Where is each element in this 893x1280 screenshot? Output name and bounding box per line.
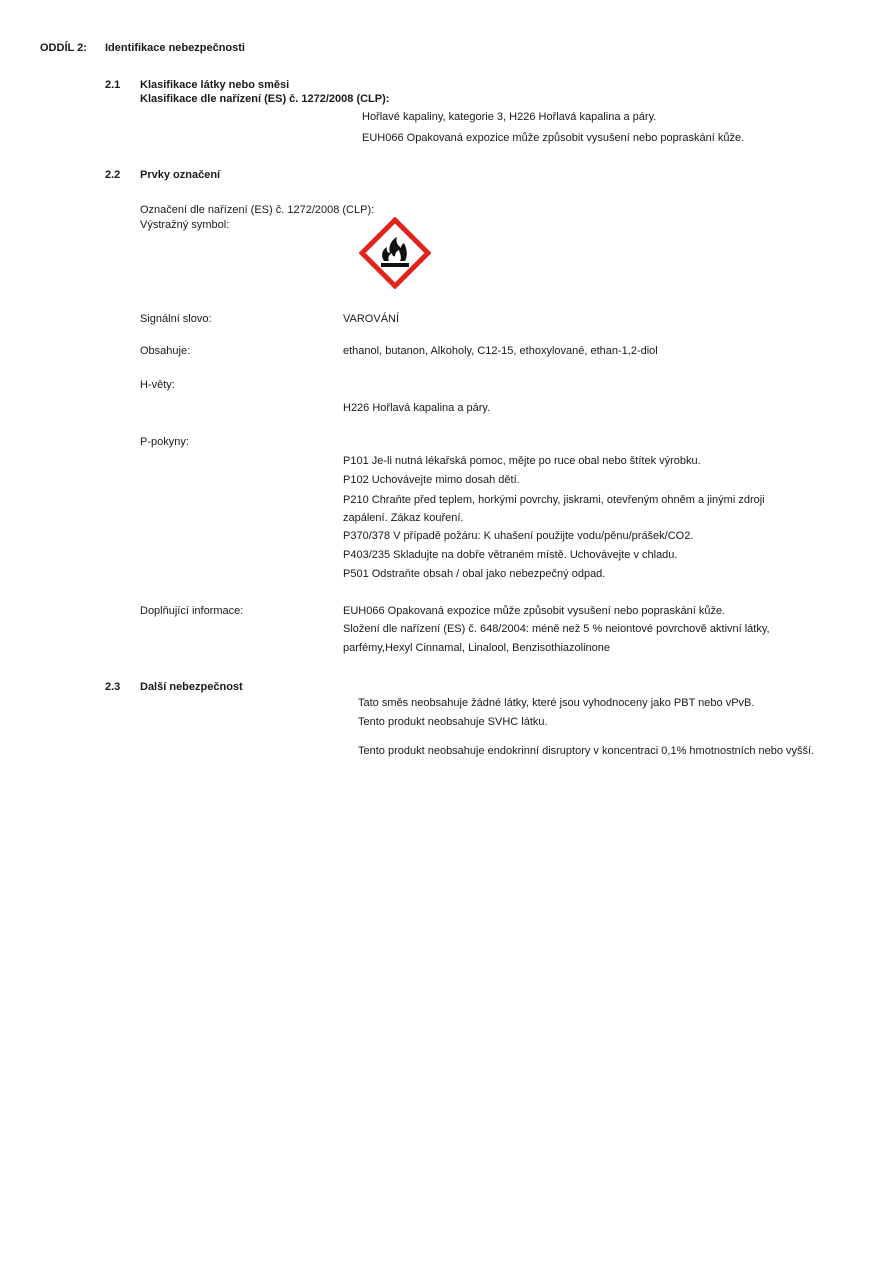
h-statement: H226 Hořlavá kapalina a páry. — [343, 401, 490, 415]
ghs02-flame-icon — [359, 217, 431, 289]
supplementary-info-line: EUH066 Opakovaná expozice může způsobit … — [343, 604, 725, 618]
other-hazard-line: Tato směs neobsahuje žádné látky, které … — [358, 696, 754, 710]
p-statement: P370/378 V případě požáru: K uhašení pou… — [343, 529, 693, 543]
subsection-2-1-number: 2.1 — [105, 78, 120, 92]
h-statements-label: H-věty: — [140, 378, 175, 392]
other-hazard-line: Tento produkt neobsahuje endokrinní disr… — [358, 744, 814, 758]
p-statement: P501 Odstraňte obsah / obal jako nebezpe… — [343, 567, 605, 581]
other-hazard-line: Tento produkt neobsahuje SVHC látku. — [358, 715, 548, 729]
supplementary-info-label: Doplňující informace: — [140, 604, 243, 618]
contains-label: Obsahuje: — [140, 344, 190, 358]
classification-line: Hořlavé kapaliny, kategorie 3, H226 Hořl… — [362, 110, 656, 124]
clp-classification-heading: Klasifikace dle nařízení (ES) č. 1272/20… — [140, 92, 389, 106]
signal-word: VAROVÁNÍ — [343, 312, 399, 326]
section-title: Identifikace nebezpečnosti — [105, 41, 245, 55]
p-statement: P102 Uchovávejte mimo dosah dětí. — [343, 473, 520, 487]
supplementary-info-line: parfémy,Hexyl Cinnamal, Linalool, Benzis… — [343, 641, 610, 655]
contains-value: ethanol, butanon, Alkoholy, C12-15, etho… — [343, 344, 658, 358]
section-number: ODDÍL 2: — [40, 41, 87, 55]
supplementary-info-line: Složení dle nařízení (ES) č. 648/2004: m… — [343, 622, 770, 636]
p-statements-label: P-pokyny: — [140, 435, 189, 449]
p-statement: zapálení. Zákaz kouření. — [343, 511, 463, 525]
p-statement: P403/235 Skladujte na dobře větraném mís… — [343, 548, 677, 562]
classification-line: EUH066 Opakovaná expozice může způsobit … — [362, 131, 744, 145]
hazard-symbol-label: Výstražný symbol: — [140, 218, 229, 232]
subsection-2-3-title: Další nebezpečnost — [140, 680, 243, 694]
p-statement: P210 Chraňte před teplem, horkými povrch… — [343, 493, 765, 507]
subsection-2-2-number: 2.2 — [105, 168, 120, 182]
subsection-2-2-title: Prvky označení — [140, 168, 220, 182]
labeling-intro: Označení dle nařízení (ES) č. 1272/2008 … — [140, 203, 374, 217]
subsection-2-1-title: Klasifikace látky nebo směsi — [140, 78, 289, 92]
subsection-2-3-number: 2.3 — [105, 680, 120, 694]
signal-word-label: Signální slovo: — [140, 312, 212, 326]
p-statement: P101 Je-li nutná lékařská pomoc, mějte p… — [343, 454, 701, 468]
